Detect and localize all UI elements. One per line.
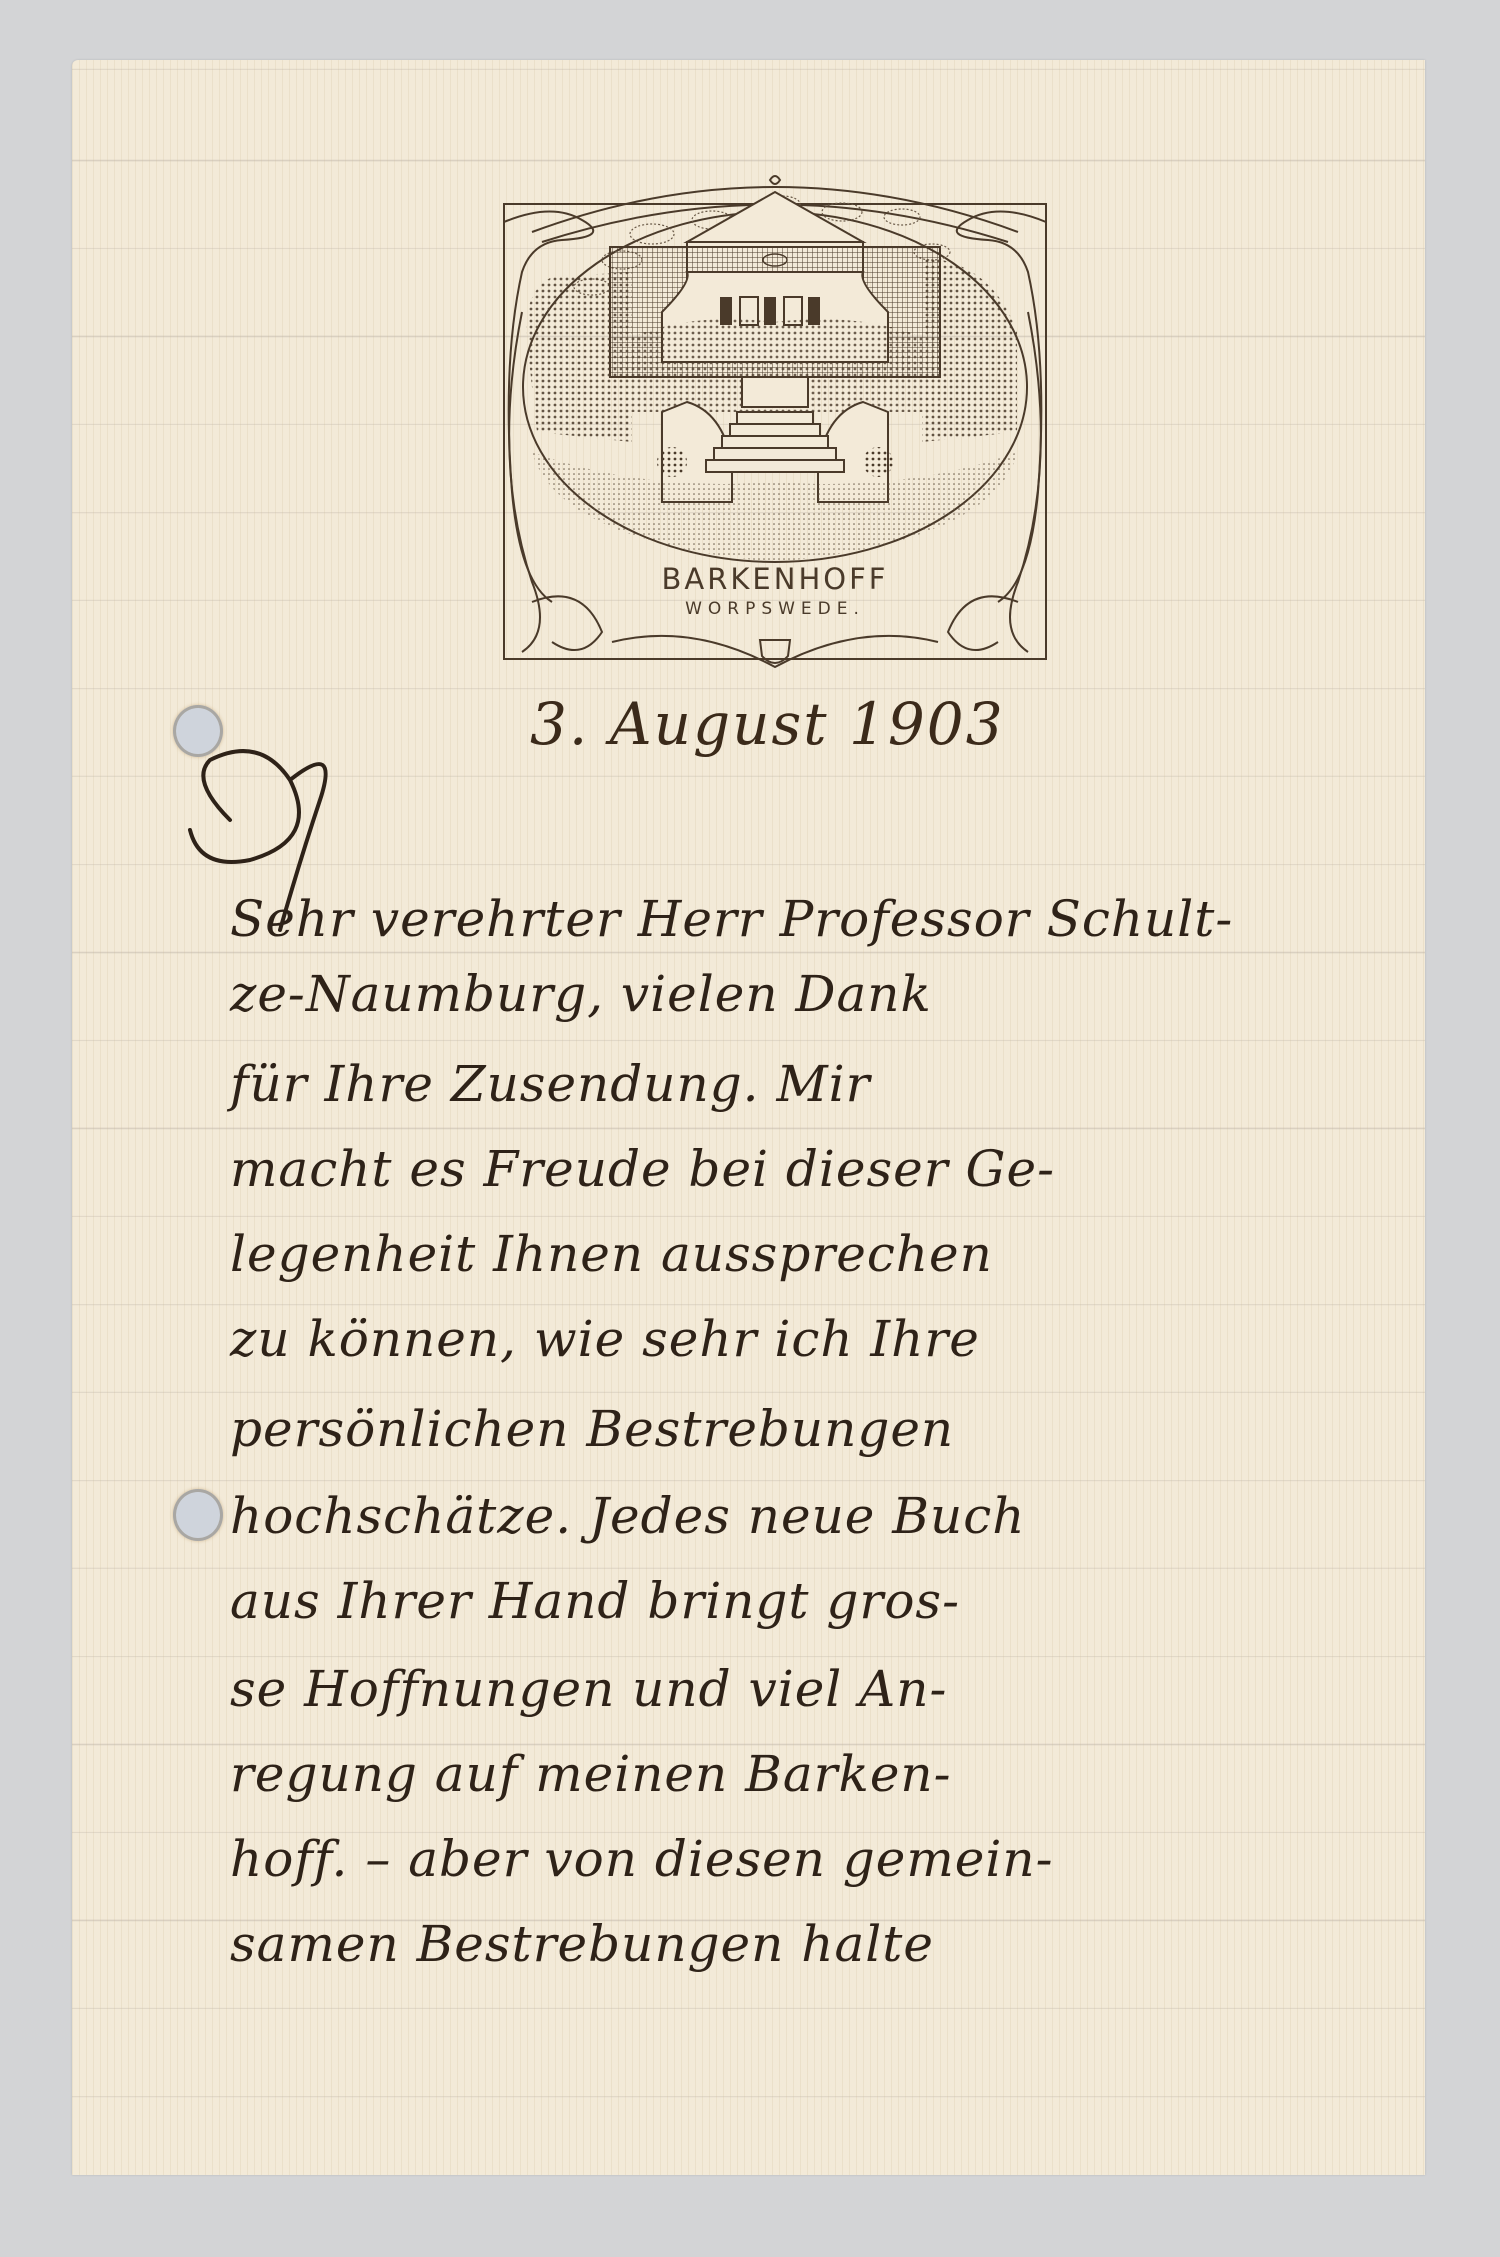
letter-line-5: legenheit Ihnen aussprechen xyxy=(230,1225,993,1283)
letter-line-6: zu können, wie sehr ich Ihre xyxy=(230,1310,980,1368)
letterhead-subtitle: WORPSWEDE. xyxy=(492,599,1058,619)
letter-line-7: persönlichen Bestrebungen xyxy=(230,1400,954,1458)
letter-line-12: hoff. – aber von diesen gemein- xyxy=(230,1830,1053,1888)
letterhead: BARKENHOFF WORPSWEDE. xyxy=(492,162,1058,674)
letter-line-9: aus Ihrer Hand bringt gros- xyxy=(230,1572,960,1630)
letter-line-11: regung auf meinen Barken- xyxy=(230,1745,952,1803)
letter-line-2: ze-Naumburg, vielen Dank xyxy=(230,965,932,1023)
letter-line-8: hochschätze. Jedes neue Buch xyxy=(230,1487,1025,1545)
letter-date: 3. August 1903 xyxy=(530,690,1005,758)
letter-line-3: für Ihre Zusendung. Mir xyxy=(230,1055,871,1113)
letter-line-1: Sehr verehrter Herr Professor Schult- xyxy=(230,890,1233,948)
letter-line-4: macht es Freude bei dieser Ge- xyxy=(230,1140,1055,1198)
letterhead-illustration xyxy=(492,162,1058,674)
letter-line-13: samen Bestrebungen halte xyxy=(230,1915,934,1973)
punch-hole-bottom xyxy=(173,1489,223,1541)
letter-line-10: se Hoffnungen und viel An- xyxy=(230,1660,947,1718)
letterhead-title: BARKENHOFF xyxy=(492,562,1058,596)
